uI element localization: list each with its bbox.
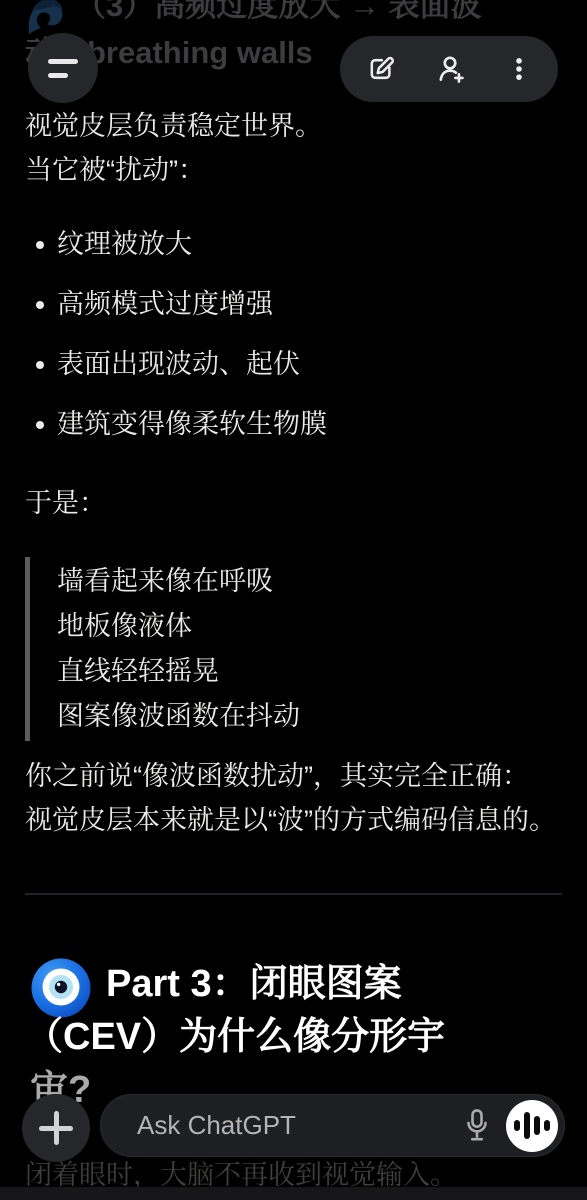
previous-heading-line1: （3）高频过度放大 → 表面波	[75, 0, 481, 28]
composer-input[interactable]: Ask ChatGPT	[100, 1094, 565, 1157]
hamburger-menu-icon	[48, 59, 78, 78]
bullet-list: 纹理被放大 高频模式过度增强 表面出现波动、起伏 建筑变得像柔软生物膜	[25, 222, 327, 462]
bullet-text: 纹理被放大	[57, 229, 192, 259]
quote-line: 直线轻轻摇晃	[57, 649, 300, 694]
paragraph-conclusion: 你之前说“像波函数扰动”，其实完全正确： 视觉皮层本来就是以“波”的方式编码信息…	[25, 754, 569, 842]
voice-mode-button[interactable]	[506, 1100, 558, 1152]
bullet-text: 表面出现波动、起伏	[57, 349, 300, 379]
attach-button[interactable]	[22, 1094, 90, 1162]
composer-placeholder: Ask ChatGPT	[137, 1110, 296, 1141]
kebab-menu-icon	[505, 55, 533, 83]
quote-line: 墙看起来像在呼吸	[57, 559, 300, 604]
plus-icon	[39, 1111, 73, 1145]
add-person-icon	[434, 52, 468, 86]
bullet-text: 高频模式过度增强	[57, 289, 273, 319]
bullet-icon	[36, 301, 44, 309]
paragraph-line: 你之前说“像波函数扰动”，其实完全正确：	[25, 754, 569, 798]
list-item: 建筑变得像柔软生物膜	[25, 402, 327, 447]
microphone-icon	[462, 1106, 492, 1146]
list-item: 表面出现波动、起伏	[25, 342, 327, 387]
paragraph-yushi: 于是：	[25, 481, 569, 525]
header-actions	[340, 36, 558, 102]
bullet-text: 建筑变得像柔软生物膜	[57, 409, 327, 439]
gesture-bar-area	[0, 1187, 587, 1200]
bullet-icon	[36, 241, 44, 249]
bullet-icon	[36, 421, 44, 429]
paragraph-line: 视觉皮层本来就是以“波”的方式编码信息的。	[25, 798, 569, 842]
quote-line: 图案像波函数在抖动	[57, 694, 300, 739]
part3-heading-line2: （CEV）为什么像分形宇	[25, 1011, 445, 1063]
more-options-button[interactable]	[501, 51, 537, 87]
paragraph-line: 视觉皮层负责稳定世界。	[25, 104, 569, 148]
bullet-icon	[36, 361, 44, 369]
paragraph-intro: 视觉皮层负责稳定世界。 当它被“扰动”：	[25, 104, 569, 192]
compose-icon	[365, 53, 397, 85]
section-divider	[25, 893, 562, 895]
paragraph-line: 当它被“扰动”：	[25, 148, 569, 192]
add-person-button[interactable]	[430, 48, 472, 90]
list-item: 高频模式过度增强	[25, 282, 327, 327]
list-item: 纹理被放大	[25, 222, 327, 267]
quote-line: 地板像液体	[57, 604, 300, 649]
quote-block: 墙看起来像在呼吸 地板像液体 直线轻轻摇晃 图案像波函数在抖动	[25, 557, 300, 741]
menu-button[interactable]	[28, 33, 98, 103]
new-chat-button[interactable]	[361, 49, 401, 89]
voice-waveform-icon	[512, 1112, 552, 1139]
chatgpt-app-screen: （3）高频过度放大 → 表面波 动 breathing walls 视觉皮层负	[0, 0, 587, 1200]
part3-heading-line1: Part 3：闭眼图案	[106, 958, 402, 1010]
nazar-amulet-icon	[30, 957, 92, 1019]
dictate-button[interactable]	[462, 1106, 506, 1146]
